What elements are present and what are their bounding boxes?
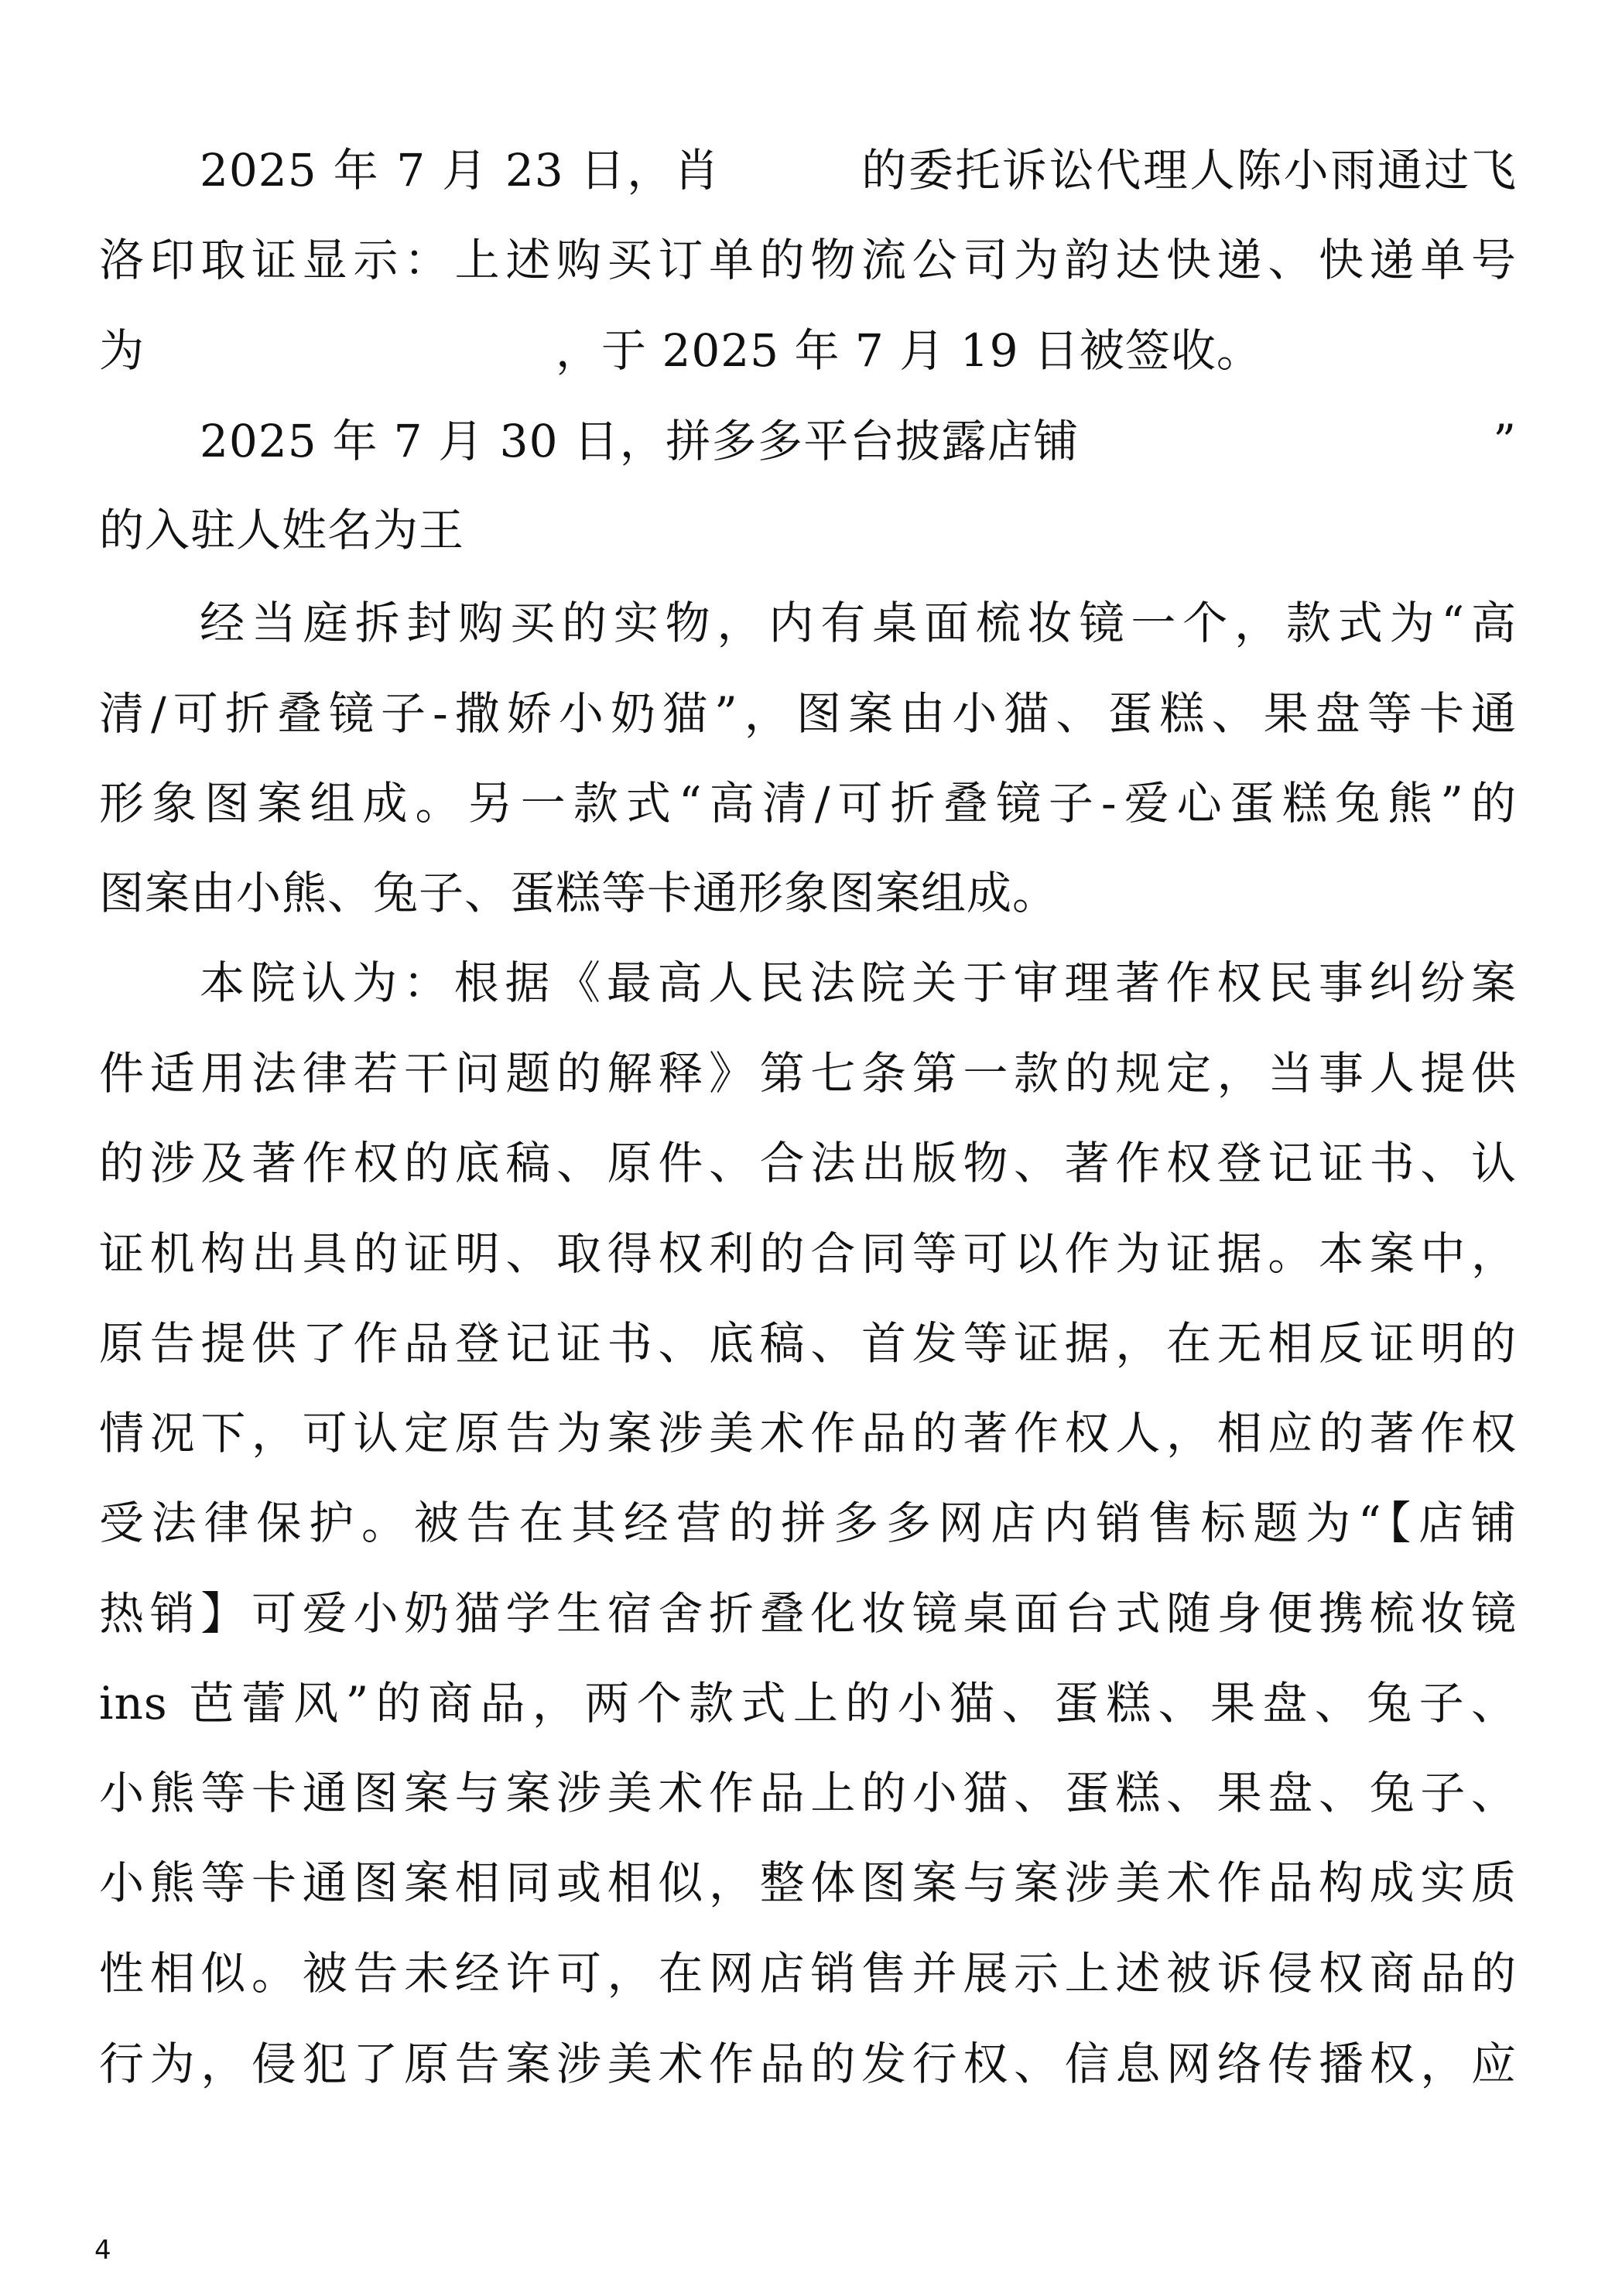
paragraph-1-line-1: 2025 年 7 月 23 日，肖 的委托诉讼代理人陈小雨通过飞 [200, 135, 1517, 205]
document-page: 2025 年 7 月 23 日，肖 的委托诉讼代理人陈小雨通过飞 洛印取证显示：… [0, 0, 1622, 2296]
paragraph-3-line-2: 清/可折叠镜子-撒娇小奶猫”，图案由小猫、蛋糕、果盘等卡通 [99, 679, 1517, 748]
paragraph-4-line-12: 性相似。被告未经许可，在网店销售并展示上述被诉侵权商品的 [99, 1938, 1517, 2008]
paragraph-3-line-1: 经当庭拆封购买的实物，内有桌面梳妆镜一个，款式为“高 [200, 588, 1517, 658]
paragraph-2-line-2: 的入驻人姓名为王 [99, 495, 1517, 565]
paragraph-4-line-3: 的涉及著作权的底稿、原件、合法出版物、著作权登记证书、认 [99, 1128, 1517, 1198]
paragraph-4-line-10: 小熊等卡通图案与案涉美术作品上的小猫、蛋糕、果盘、兔子、 [99, 1758, 1517, 1828]
paragraph-4-line-8: 热销】可爱小奶猫学生宿舍折叠化妆镜桌面台式随身便携梳妆镜 [99, 1579, 1517, 1648]
paragraph-4-line-9: ins 芭蕾风”的商品，两个款式上的小猫、蛋糕、果盘、兔子、 [99, 1668, 1517, 1738]
paragraph-3-line-4: 图案由小熊、兔子、蛋糕等卡通形象图案组成。 [99, 858, 1517, 928]
paragraph-4-line-11: 小熊等卡通图案相同或相似，整体图案与案涉美术作品构成实质 [99, 1848, 1517, 1918]
paragraph-4-line-4: 证机构出具的证明、取得权利的合同等可以作为证据。本案中， [99, 1219, 1517, 1288]
paragraph-4-line-6: 情况下，可认定原告为案涉美术作品的著作权人，相应的著作权 [99, 1398, 1517, 1468]
paragraph-3-line-3: 形象图案组成。另一款式“高清/可折叠镜子-爱心蛋糕兔熊”的 [99, 768, 1517, 838]
paragraph-4-line-13: 行为，侵犯了原告案涉美术作品的发行权、信息网络传播权，应 [99, 2029, 1517, 2099]
paragraph-4-line-2: 件适用法律若干问题的解释》第七条第一款的规定，当事人提供 [99, 1039, 1517, 1108]
paragraph-1-line-3: 为 ，于 2025 年 7 月 19 日被签收。 [99, 316, 1517, 385]
page-number: 4 [94, 2235, 111, 2266]
paragraph-4-line-7: 受法律保护。被告在其经营的拼多多网店内销售标题为“【店铺 [99, 1488, 1517, 1558]
paragraph-4-line-5: 原告提供了作品登记证书、底稿、首发等证据，在无相反证明的 [99, 1309, 1517, 1378]
paragraph-4-line-1: 本院认为：根据《最高人民法院关于审理著作权民事纠纷案 [200, 948, 1517, 1018]
paragraph-2-line-1: 2025 年 7 月 30 日，拼多多平台披露店铺 ” [200, 406, 1517, 476]
paragraph-1-line-2: 洛印取证显示：上述购买订单的物流公司为韵达快递、快递单号 [99, 225, 1517, 295]
